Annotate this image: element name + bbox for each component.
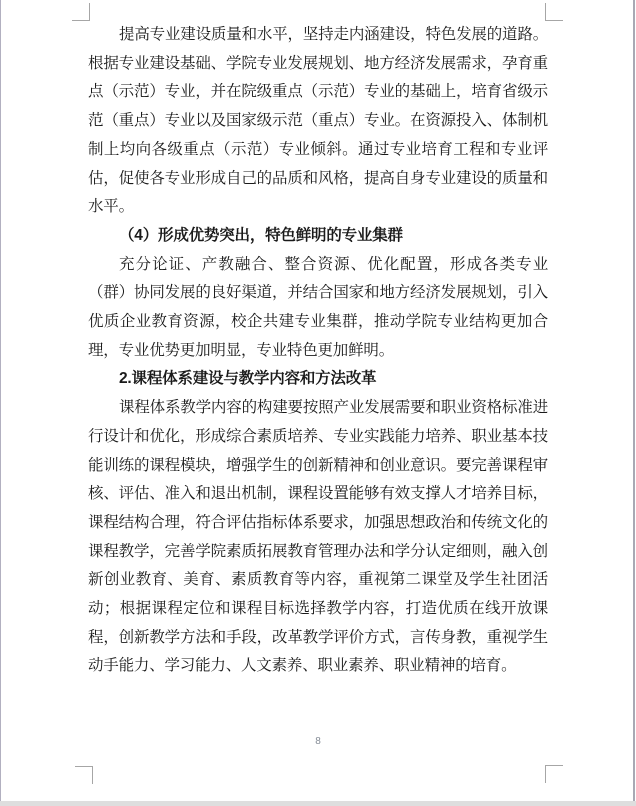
heading-item-4-professional-cluster[interactable]: （4）形成优势突出，特色鲜明的专业集群 <box>88 222 548 251</box>
document-text-area[interactable]: 提高专业建设质量和水平，坚持走内涵建设，特色发展的道路。根据专业建设基础、学院专… <box>88 21 548 681</box>
paragraph-curriculum-content[interactable]: 课程体系教学内容的构建要按照产业发展需要和职业资格标准进行设计和优化，形成综合素… <box>88 394 548 681</box>
page-left-edge <box>0 0 1 801</box>
paragraph-professional-quality[interactable]: 提高专业建设质量和水平，坚持走内涵建设，特色发展的道路。根据专业建设基础、学院专… <box>88 21 548 222</box>
text-boundary-mark-top-left <box>72 3 90 21</box>
text-boundary-mark-bottom-right <box>545 765 563 783</box>
text-boundary-mark-bottom-left <box>75 766 93 784</box>
page-right-edge <box>633 0 635 801</box>
heading-section-2-curriculum-reform[interactable]: 2.课程体系建设与教学内容和方法改革 <box>88 365 548 394</box>
paragraph-cluster-development[interactable]: 充分论证、产教融合、整合资源、优化配置，形成各类专业（群）协同发展的良好渠道，并… <box>88 251 548 366</box>
text-boundary-mark-top-right <box>545 3 563 21</box>
app-background-below-page <box>0 801 636 806</box>
page-number: 8 <box>0 736 636 747</box>
